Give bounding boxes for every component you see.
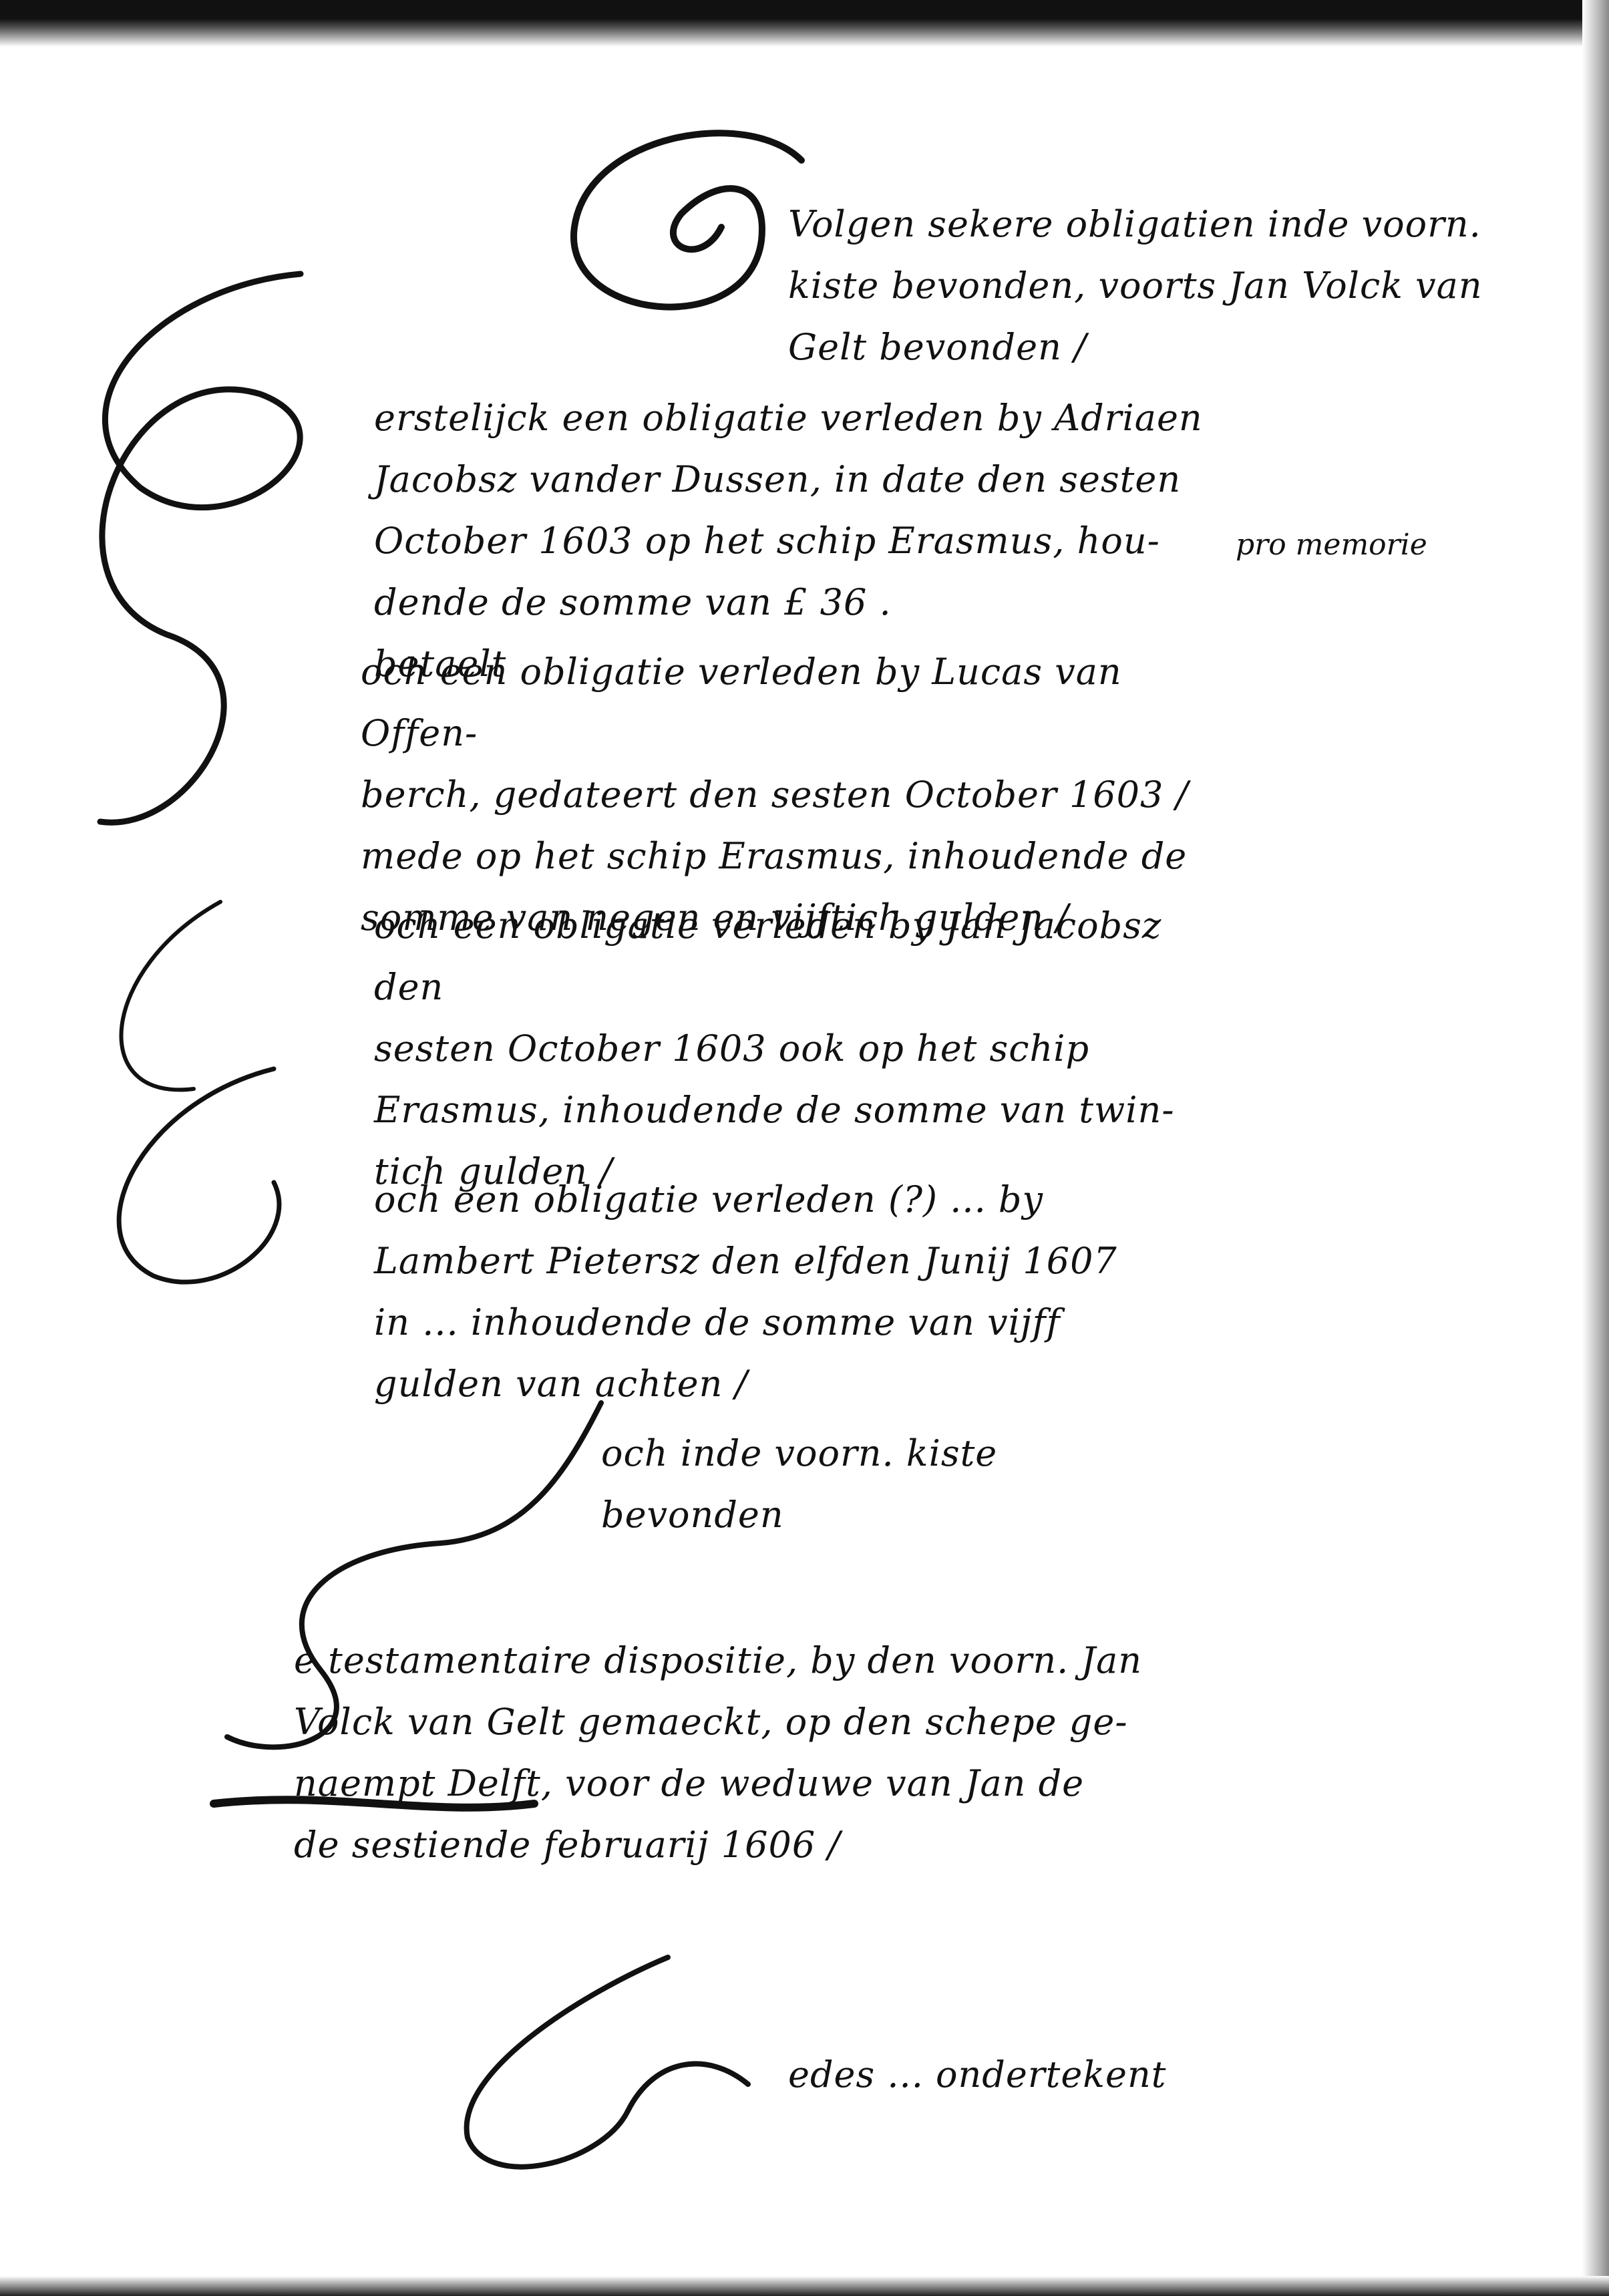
left-margin-flourish-icon bbox=[20, 234, 394, 1369]
paragraph-8: edes ... ondertekent bbox=[788, 2044, 1456, 2106]
initial-z-flourish-icon bbox=[427, 1951, 801, 2191]
scan-right-edge bbox=[1582, 0, 1609, 2296]
initial-d-flourish-icon bbox=[548, 120, 828, 347]
paragraph-7: e testamentaire dispositie, by den voorn… bbox=[294, 1630, 1229, 1876]
paragraph-6: och inde voorn. kiste bevonden bbox=[601, 1423, 1202, 1546]
margin-note-pro-memorie: pro memorie bbox=[1236, 528, 1427, 562]
scan-top-edge bbox=[0, 0, 1609, 47]
paragraph-5: och een obligatie verleden (?) ... by La… bbox=[374, 1169, 1242, 1415]
scan-bottom-edge bbox=[0, 2276, 1609, 2296]
paragraph-1: Volgen sekere obligatien inde voorn. kis… bbox=[788, 194, 1556, 378]
paragraph-4: och een obligatie verleden by Jan Jacobs… bbox=[374, 895, 1242, 1202]
